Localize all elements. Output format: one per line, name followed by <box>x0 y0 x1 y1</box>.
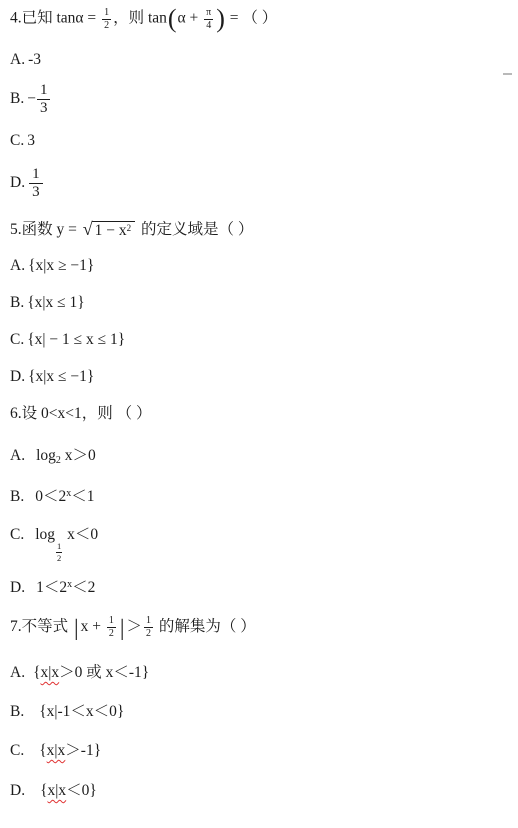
option-4d: D.13 <box>10 167 512 200</box>
option-label: C. <box>10 330 24 350</box>
option-label: B. <box>10 487 24 507</box>
option-5a: A.{x|x ≥ −1} <box>10 256 512 276</box>
open-brace: { <box>40 782 47 799</box>
fraction-numerator: 1 <box>107 616 116 628</box>
log-base-fraction: 12 <box>56 542 62 562</box>
abs-bar: | <box>120 615 125 640</box>
greater-than-sign: ＞ <box>126 618 142 635</box>
option-5b: B.{x|x ≤ 1} <box>10 293 512 313</box>
option-text: x＞0 <box>61 447 96 464</box>
option-5d: D.{x|x ≤ −1} <box>10 367 512 387</box>
option-4a: A.-3 <box>10 50 512 70</box>
option-6a: A.log2 x＞0 <box>10 446 512 466</box>
question-7-suffix: 的解集为（ ） <box>155 618 256 635</box>
question-5-text: 5.函数 y = <box>10 221 81 238</box>
option-text: {x|x ≤ −1} <box>28 368 94 385</box>
question-7-stem: 7.不等式 |x + 12|＞12 的解集为（ ） <box>10 616 512 639</box>
option-label: C. <box>10 741 24 761</box>
option-label: B. <box>10 89 24 109</box>
fraction-one-third: 13 <box>29 167 43 200</box>
spellcheck-wavy-text: x|x <box>48 782 67 799</box>
open-brace: { <box>39 742 46 759</box>
radicand: 1 − x2 <box>92 221 136 239</box>
option-6d: D.1＜2x＜2 <box>10 578 512 598</box>
radicand-text: 1 − x <box>95 222 127 239</box>
fraction-numerator: 1 <box>56 542 62 553</box>
option-label: A. <box>10 663 25 683</box>
left-paren: ( <box>168 4 177 33</box>
sqrt-expression: √1 − x2 <box>83 221 135 239</box>
option-text: ＜2 <box>72 579 95 596</box>
fraction-one-third: 13 <box>37 83 51 116</box>
log-text: log <box>35 526 55 543</box>
abs-inner-expr: x + <box>81 618 105 635</box>
question-5-suffix: 的定义域是（ ） <box>137 221 253 238</box>
question-4-inner-expr: α + <box>178 10 203 27</box>
option-text: ＜0} <box>66 782 97 799</box>
option-4c: C.3 <box>10 131 512 151</box>
fraction-denominator: 2 <box>57 553 61 563</box>
fraction-one-half: 12 <box>144 616 153 639</box>
option-text: x＜0 <box>63 526 98 543</box>
question-6-text: 6.设 0<x<1，则 （ ） <box>10 405 151 422</box>
option-text: {x|x ≥ −1} <box>28 257 94 274</box>
question-4-text: 4.已知 tanα = <box>10 10 100 27</box>
option-label: D. <box>10 367 25 387</box>
option-text: 1＜2 <box>36 579 67 596</box>
option-text: -3 <box>28 51 41 68</box>
option-label: D. <box>10 578 25 598</box>
option-7b: B.{x|-1＜x＜0} <box>10 702 512 722</box>
option-7a: A.{x|x＞0 或 x＜-1} <box>10 663 512 683</box>
fraction-denominator: 4 <box>206 20 211 31</box>
question-6-stem: 6.设 0<x<1，则 （ ） <box>10 404 512 424</box>
option-text: ＞-1} <box>65 742 101 759</box>
log-text: log <box>36 447 56 464</box>
exponent: 2 <box>127 223 132 233</box>
fraction-denominator: 2 <box>146 628 151 639</box>
option-text: x|-1＜x＜0} <box>47 703 125 720</box>
option-4b: B.−13 <box>10 83 512 116</box>
fraction-denominator: 2 <box>104 20 109 31</box>
question-7-text: 7.不等式 <box>10 618 72 635</box>
option-text: {x|x ≤ 1} <box>27 294 85 311</box>
option-label: C. <box>10 131 24 151</box>
right-paren: ) <box>216 4 225 33</box>
option-7c: C.{x|x＞-1} <box>10 741 512 761</box>
option-5c: C.{x| − 1 ≤ x ≤ 1} <box>10 330 512 350</box>
answer-blank: = （ ） <box>226 10 277 27</box>
fraction-denominator: 3 <box>32 184 40 200</box>
fraction-numerator: π <box>204 8 213 20</box>
open-brace: { <box>33 664 40 681</box>
fraction-numerator: 1 <box>144 616 153 628</box>
fraction-numerator: 1 <box>102 8 111 20</box>
option-label: A. <box>10 256 25 276</box>
option-6c: C.log12 x＜0 <box>10 525 512 562</box>
option-text: {x| − 1 ≤ x ≤ 1} <box>27 331 125 348</box>
option-label: A. <box>10 446 25 466</box>
spellcheck-wavy-text: x|x <box>47 742 66 759</box>
fraction-pi-fourth: π4 <box>204 8 213 31</box>
question-4-stem: 4.已知 tanα = 12，则 tan(α + π4) = （ ） <box>10 6 512 32</box>
fraction-one-half: 12 <box>102 8 111 31</box>
fraction-denominator: 3 <box>40 100 48 116</box>
question-5-stem: 5.函数 y = √1 − x2 的定义域是（ ） <box>10 220 512 240</box>
option-label: D. <box>10 781 25 801</box>
open-brace: { <box>39 703 46 720</box>
fraction-denominator: 2 <box>109 628 114 639</box>
minus-sign: − <box>27 90 36 107</box>
option-6b: B.0＜2x＜1 <box>10 487 512 507</box>
option-label: D. <box>10 173 25 193</box>
option-label: A. <box>10 50 25 70</box>
option-7d: D.{x|x＜0} <box>10 781 512 801</box>
worksheet-page: 4.已知 tanα = 12，则 tan(α + π4) = （ ） A.-3 … <box>0 0 518 828</box>
option-text: 0＜2 <box>35 488 66 505</box>
option-label: B. <box>10 702 24 722</box>
option-label: B. <box>10 293 24 313</box>
fraction-numerator: 1 <box>37 83 51 100</box>
option-text: 3 <box>27 132 35 149</box>
stray-mark <box>503 73 512 75</box>
option-text: ＞0 或 x＜-1} <box>59 664 149 681</box>
question-4-text-mid: ，则 tan <box>113 10 167 27</box>
option-label: C. <box>10 525 24 545</box>
option-text: ＜1 <box>71 488 94 505</box>
fraction-numerator: 1 <box>29 167 43 184</box>
fraction-one-half: 12 <box>107 616 116 639</box>
spellcheck-wavy-text: x|x <box>41 664 60 681</box>
abs-bar: | <box>74 615 79 640</box>
